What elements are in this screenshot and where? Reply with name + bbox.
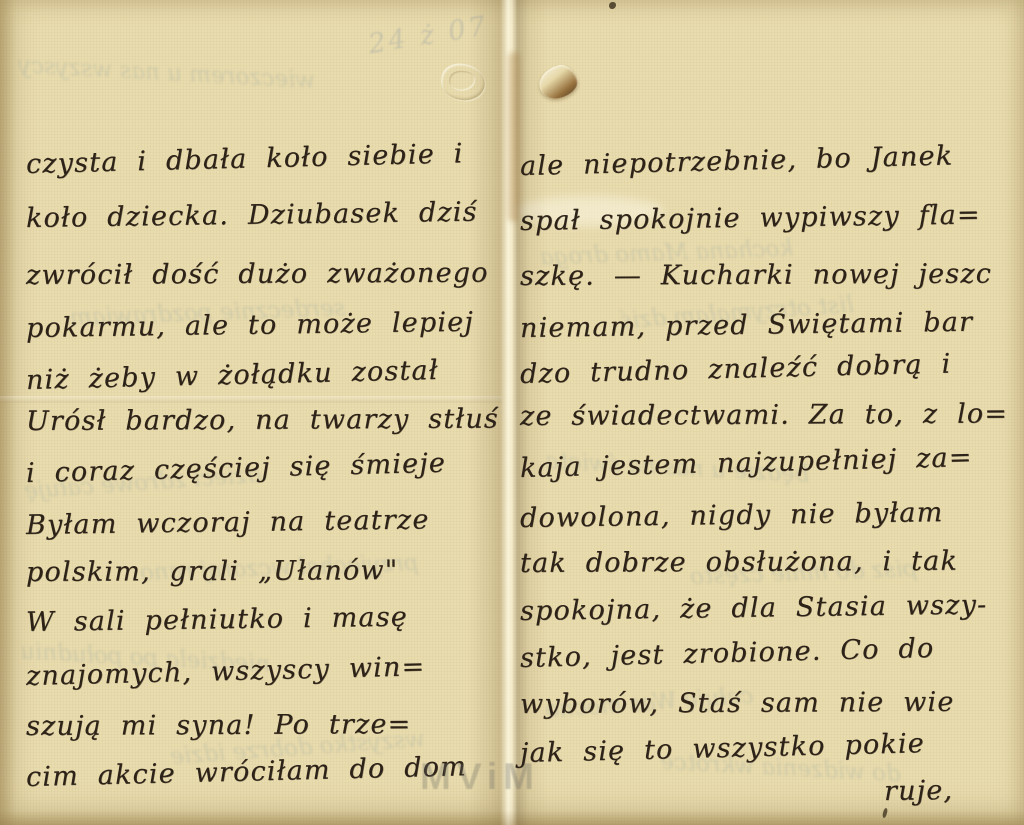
letter-scan: wieczorem u nas wszyscy serdecznie pozdr… xyxy=(0,0,1024,825)
handwritten-line: stko, jest zrobione. Co do xyxy=(520,632,935,676)
handwritten-line: szują mi syna! Po trze= xyxy=(26,708,412,744)
handwritten-line: zwrócił dość dużo zważonego xyxy=(26,257,489,293)
handwritten-line: Urósł bardzo, na twarzy stłuś xyxy=(26,403,499,439)
handwritten-line: ale niepotrzebnie, bo Janek xyxy=(520,139,954,184)
handwritten-line: pokarmu, ale to może lepiej xyxy=(26,306,474,346)
handwritten-line: wyborów, Staś sam nie wie xyxy=(520,686,955,722)
handwritten-line: czysta i dbała koło siebie i xyxy=(26,137,464,182)
handwritten-line: polskim, grali „Ułanów" xyxy=(26,554,398,590)
handwritten-line: tak dobrze obsłużona, i tak xyxy=(520,545,958,581)
handwritten-line: kaja jestem najzupełniej za= xyxy=(520,441,973,486)
handwritten-line: ze świadectwami. Za to, z lo= xyxy=(520,397,1008,434)
handwritten-line: dowolona, nigdy nie byłam xyxy=(520,496,944,536)
handwritten-line: niemam, przed Świętami bar xyxy=(520,306,974,346)
handwritten-line: W sali pełniutko i masę xyxy=(26,601,408,640)
scan-watermark: MViM xyxy=(420,756,540,798)
handwritten-line: koło dziecka. Dziubasek dziś xyxy=(26,196,478,236)
handwritten-line: spał spokojnie wypiwszy fla= xyxy=(520,199,981,239)
handwritten-line: niż żeby w żołądku został xyxy=(26,354,440,398)
handwritten-line: znajomych, wszyscy win= xyxy=(26,650,426,694)
left-page: czysta i dbała koło siebie i koło dzieck… xyxy=(0,0,506,825)
handwritten-line: i coraz częściej się śmieje xyxy=(26,447,447,491)
handwritten-line: dzo trudno znaleźć dobrą i xyxy=(520,347,952,392)
handwritten-line: Byłam wczoraj na teatrze xyxy=(26,503,430,543)
handwritten-line: cim akcie wróciłam do dom xyxy=(26,750,468,795)
handwritten-line: spokojna, że dla Stasia wszy- xyxy=(520,588,988,629)
right-page: ale niepotrzebnie, bo Janek spał spokojn… xyxy=(512,0,1024,825)
handwritten-line: ruje, xyxy=(884,774,954,809)
handwritten-line: jak się to wszystko pokie xyxy=(520,727,926,771)
handwritten-line: szkę. — Kucharki nowej jeszc xyxy=(520,258,992,294)
